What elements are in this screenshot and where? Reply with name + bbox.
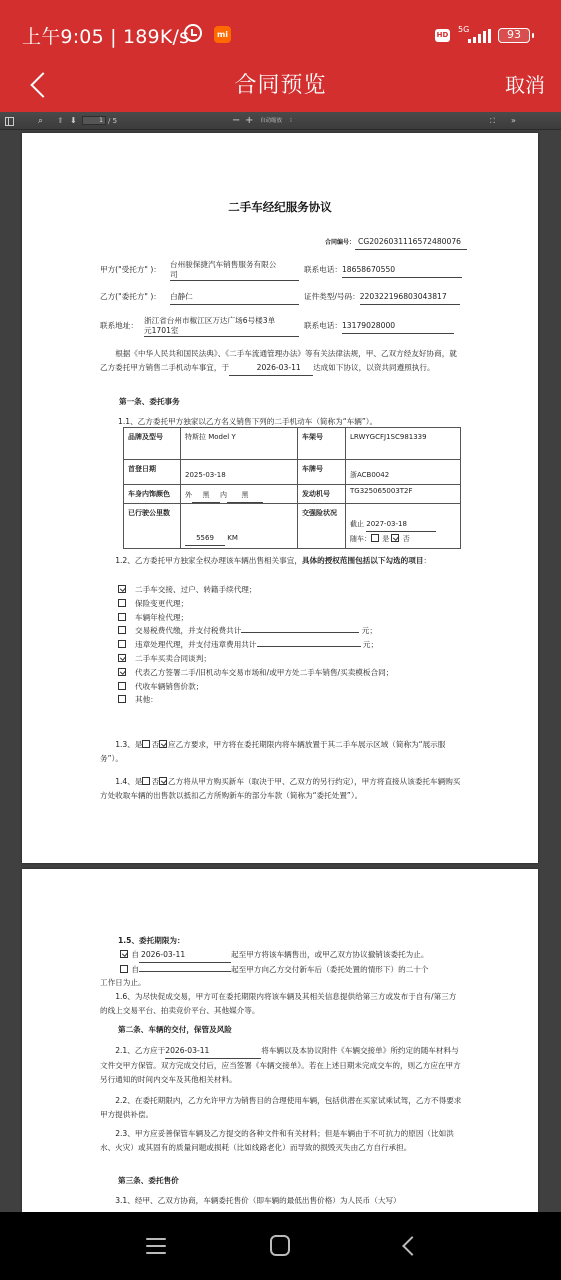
pdf-viewer[interactable]: 二手车经纪服务协议 合同编号：CG2026031116572480076 甲方(… — [0, 130, 561, 1212]
party-b-label: 乙方("委托方" )： — [100, 290, 161, 304]
status-time: 上午9:05 | 189K/s — [22, 22, 189, 49]
mileage-label: 已行驶公里数 — [124, 504, 181, 549]
party-b-id: 证件类型/号码：220322196803043817 — [304, 290, 460, 305]
checkbox-checked — [118, 668, 126, 676]
auth-item: 违章处理代理，并支付违章费用共计 元； — [118, 638, 393, 652]
party-a-phone: 联系电话：18658670550 — [304, 263, 462, 278]
clause-1-4-yes-checkbox — [142, 777, 150, 785]
checkbox-checked — [118, 654, 126, 662]
auth-item: 二手车买卖合同谈判； — [118, 652, 393, 666]
clause-2-2: 2.2、在委托期限内，乙方允许甲方为销售目的合理使用车辆，包括供潜在买家试乘试驾… — [100, 1094, 462, 1122]
page-number-input[interactable]: 1 — [82, 116, 106, 125]
home-icon[interactable] — [270, 1235, 290, 1256]
clause-1-4-no-checkbox — [159, 777, 167, 785]
app-header: 合同预览 取消 — [0, 62, 561, 112]
checkbox — [118, 599, 126, 607]
sidebar-toggle-icon[interactable] — [5, 117, 14, 126]
mileage-value: 5569 KM — [181, 504, 298, 549]
page-count: / 5 — [108, 115, 117, 127]
document-title: 二手车经纪服务协议 — [22, 200, 538, 214]
vehicle-table: 品牌及型号 特斯拉 Model Y 车架号 LRWYGCFJ1SC981339 … — [123, 427, 461, 549]
plate-label: 车牌号 — [298, 460, 346, 485]
engine-label: 发动机号 — [298, 485, 346, 504]
checkbox — [118, 695, 126, 703]
clause-1-5-title: 1.5、委托期限为： — [118, 934, 185, 948]
term-item-continued: 工作日为止。 — [100, 976, 146, 990]
checkbox-checked — [120, 950, 128, 958]
recents-menu-icon[interactable] — [146, 1238, 166, 1254]
engine-value: TG325065003T2F — [346, 485, 461, 504]
auth-item: 车辆年检代理； — [118, 611, 393, 625]
auth-item: 二手车交接、过户、转籍手续代理； — [118, 583, 393, 597]
with-car-yes-checkbox — [371, 534, 379, 542]
search-icon[interactable]: ⌕ — [38, 115, 43, 127]
clause-1-3-yes-checkbox — [142, 740, 150, 748]
system-navigation-bar — [0, 1212, 561, 1280]
checkbox — [118, 613, 126, 621]
insurance-value: 截止 2027-03-18 随车： 是 否 — [346, 504, 461, 549]
brand-value: 特斯拉 Model Y — [181, 428, 298, 460]
zoom-in-button[interactable]: + — [245, 115, 253, 127]
clause-1-2: 1.2、乙方委托甲方独家全权办理该车辆出售相关事宜，具体的授权范围包括以下勾选的… — [100, 554, 462, 568]
pdf-page-2: 1.5、委托期限为： 自2026-03-11起至甲方将该车辆售出，或甲乙双方协议… — [22, 869, 538, 1212]
battery-icon: 93 — [498, 28, 530, 43]
auth-item: 保险变更代理； — [118, 597, 393, 611]
insurance-label: 交强险状况 — [298, 504, 346, 549]
cancel-button[interactable]: 取消 — [505, 69, 545, 98]
color-value: 外黑内黑 — [181, 485, 298, 504]
color-label: 车身内饰颜色 — [124, 485, 181, 504]
pdf-page-1: 二手车经纪服务协议 合同编号：CG2026031116572480076 甲方(… — [22, 133, 538, 863]
vin-value: LRWYGCFJ1SC981339 — [346, 428, 461, 460]
checkbox — [118, 640, 126, 648]
clause-1-6: 1.6、为尽快促成交易，甲方可在委托期限内将该车辆及其相关信息提供给第三方或发布… — [100, 990, 462, 1018]
zoom-dropdown-icon[interactable]: ⁝ — [290, 115, 292, 127]
contract-number: 合同编号：CG2026031116572480076 — [325, 235, 467, 250]
clause-1-3: 1.3、是否应乙方要求，甲方将在委托期限内将车辆放置于其二手车展示区域（简称为“… — [100, 738, 462, 766]
section-1-title: 第一条、委托事务 — [119, 395, 180, 409]
pdf-toolbar: ⌕ ⬆ ⬇ 1 / 5 − + 自动缩放 ⁝ ⛶ » — [0, 112, 561, 130]
clause-2-3: 2.3、甲方应妥善保管车辆及乙方提交的各种文件和有关材料；但是车辆由于不可抗力的… — [100, 1127, 462, 1155]
status-bar: 上午9:05 | 189K/s mi HD 5G 93 — [0, 0, 561, 62]
zoom-out-button[interactable]: − — [232, 115, 240, 127]
party-a-name: 台州骏保捷汽车销售服务有限公司 — [170, 260, 299, 281]
term-item: 自起至甲方向乙方交付新车后（委托处置的情形下）的二十个 — [120, 962, 428, 977]
zoom-select[interactable]: 自动缩放 — [260, 115, 282, 127]
next-page-icon[interactable]: ⬇ — [70, 115, 77, 127]
fullscreen-icon[interactable]: ⛶ — [490, 115, 495, 127]
auth-item: 代表乙方签署二手/旧机动车交易市场和/或甲方处二手车销售/买卖模板合同； — [118, 666, 393, 680]
address-label: 联系地址： — [100, 319, 138, 333]
clause-1-4: 1.4、是否乙方将从甲方购买新车（取决于甲、乙双方的另行约定），甲方将直接从该委… — [100, 775, 462, 803]
prev-page-icon[interactable]: ⬆ — [57, 115, 64, 127]
party-b-name: 白静仁 — [170, 290, 299, 305]
back-icon[interactable] — [400, 1236, 418, 1256]
vin-label: 车架号 — [298, 428, 346, 460]
intro-paragraph: 根据《中华人民共和国民法典》、《二手车流通管理办法》等有关法律法规，甲、乙双方经… — [100, 347, 462, 376]
checkbox-checked — [118, 585, 126, 593]
checkbox — [118, 682, 126, 690]
with-car-no-checkbox — [391, 534, 399, 542]
reg-date-label: 首登日期 — [124, 460, 181, 485]
term-item: 自2026-03-11起至甲方将该车辆售出，或甲乙双方协议撤销该委托为止。 — [120, 948, 428, 963]
auth-item: 代收车辆销售价款； — [118, 680, 393, 694]
party-b-phone: 联系电话：13179028000 — [304, 319, 454, 334]
brand-label: 品牌及型号 — [124, 428, 181, 460]
signal-icon — [458, 29, 494, 43]
reg-date-value: 2025-03-18 — [181, 460, 298, 485]
checkbox — [118, 626, 126, 634]
checkbox — [120, 965, 128, 973]
authorization-list: 二手车交接、过户、转籍手续代理； 保险变更代理； 车辆年检代理； 交易税费代缴，… — [118, 583, 393, 707]
section-3-title: 第三条、委托售价 — [118, 1174, 179, 1188]
address-value: 浙江省台州市椒江区万达广场6号楼3单元1701室 — [144, 316, 299, 337]
hd-voice-icon: HD — [435, 29, 450, 42]
clause-1-3-no-checkbox — [159, 740, 167, 748]
plate-value: 浙ACB0042 — [346, 460, 461, 485]
section-2-title: 第二条、车辆的交付，保管及风险 — [118, 1023, 232, 1037]
more-tools-icon[interactable]: » — [511, 115, 516, 127]
party-a-label: 甲方("受托方" )： — [100, 263, 161, 277]
page-title: 合同预览 — [0, 68, 561, 99]
clause-2-1: 2.1、乙方应于2026-03-11将车辆以及本协议附件《车辆交接单》所约定的随… — [100, 1044, 462, 1087]
alarm-icon — [184, 24, 202, 42]
auth-item: 交易税费代缴，并支付税费共计 元； — [118, 624, 393, 638]
clause-3-1: 3.1、经甲、乙双方协商，车辆委托售价（即车辆的最低出售价格）为人民币（大写） — [100, 1194, 462, 1208]
mi-app-icon: mi — [214, 26, 231, 43]
auth-item: 其他： — [118, 693, 393, 707]
